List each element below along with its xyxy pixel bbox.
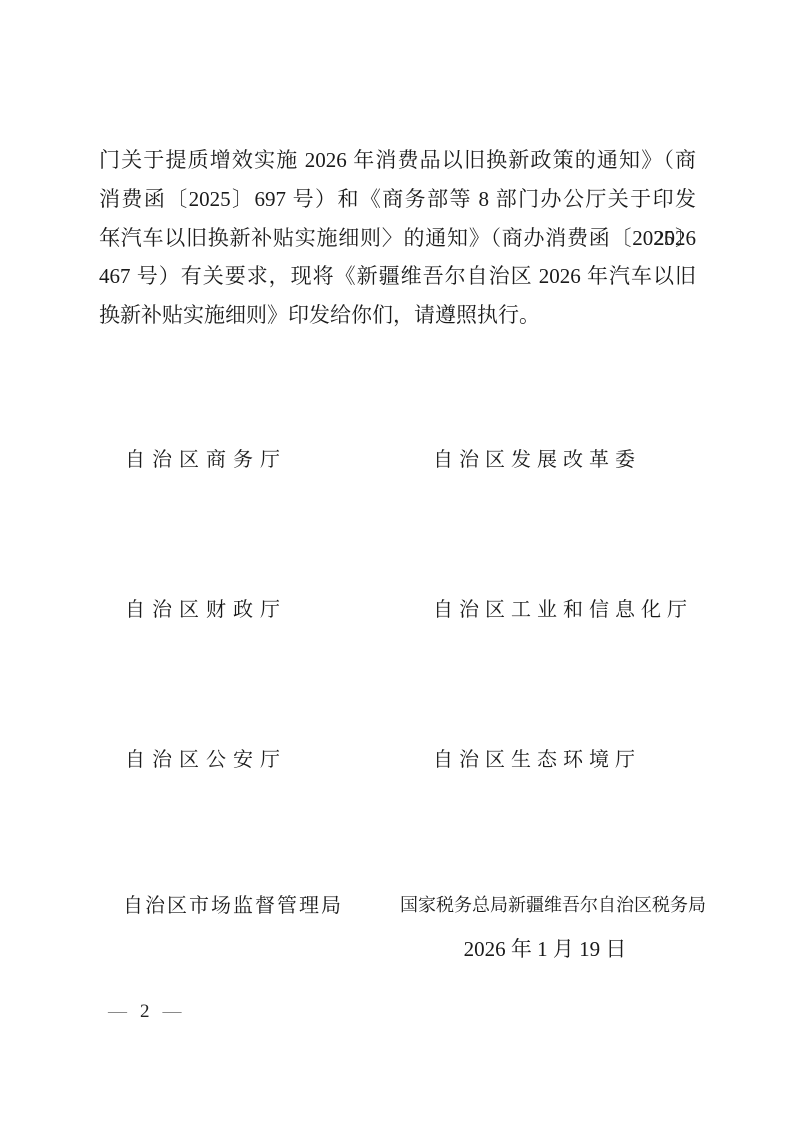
- signatory-development-reform-commission: 自治区发展改革委: [433, 448, 641, 472]
- page-number-footer: —2—: [108, 1001, 182, 1023]
- body-paragraph: 门关于提质增效实施 2026 年消费品以旧换新政策的通知》（商 消费函〔2025…: [99, 141, 696, 335]
- signatory-finance-dept: 自治区财政厅: [125, 598, 287, 622]
- footer-page-number: 2: [140, 1001, 150, 1022]
- document-page: 门关于提质增效实施 2026 年消费品以旧换新政策的通知》（商 消费函〔2025…: [0, 0, 793, 1122]
- signatory-market-supervision-bureau: 自治区市场监督管理局: [123, 894, 343, 918]
- signatory-ecology-environment-dept: 自治区生态环境厅: [433, 748, 641, 772]
- footer-dash-right: —: [163, 1001, 182, 1022]
- paragraph-line-4: 467 号）有关要求，现将《新疆维吾尔自治区 2026 年汽车以旧: [99, 257, 696, 296]
- signatory-public-security-dept: 自治区公安厅: [125, 748, 287, 772]
- paragraph-line-3: 年汽车以旧换新补贴实施细则〉的通知》（商办消费函〔2025〕: [99, 219, 696, 258]
- paragraph-line-5: 换新补贴实施细则》印发给你们，请遵照执行。: [99, 296, 696, 335]
- signatory-tax-bureau: 国家税务总局新疆维吾尔自治区税务局: [400, 895, 706, 917]
- paragraph-line-2: 消费函〔2025〕697 号）和《商务部等 8 部门办公厅关于印发〈2026: [99, 180, 696, 219]
- footer-dash-left: —: [108, 1001, 127, 1022]
- signatory-industry-it-dept: 自治区工业和信息化厅: [433, 598, 693, 622]
- signatory-commerce-dept: 自治区商务厅: [125, 448, 287, 472]
- signature-date: 2026 年 1 月 19 日: [400, 933, 690, 963]
- paragraph-line-1: 门关于提质增效实施 2026 年消费品以旧换新政策的通知》（商: [99, 141, 696, 180]
